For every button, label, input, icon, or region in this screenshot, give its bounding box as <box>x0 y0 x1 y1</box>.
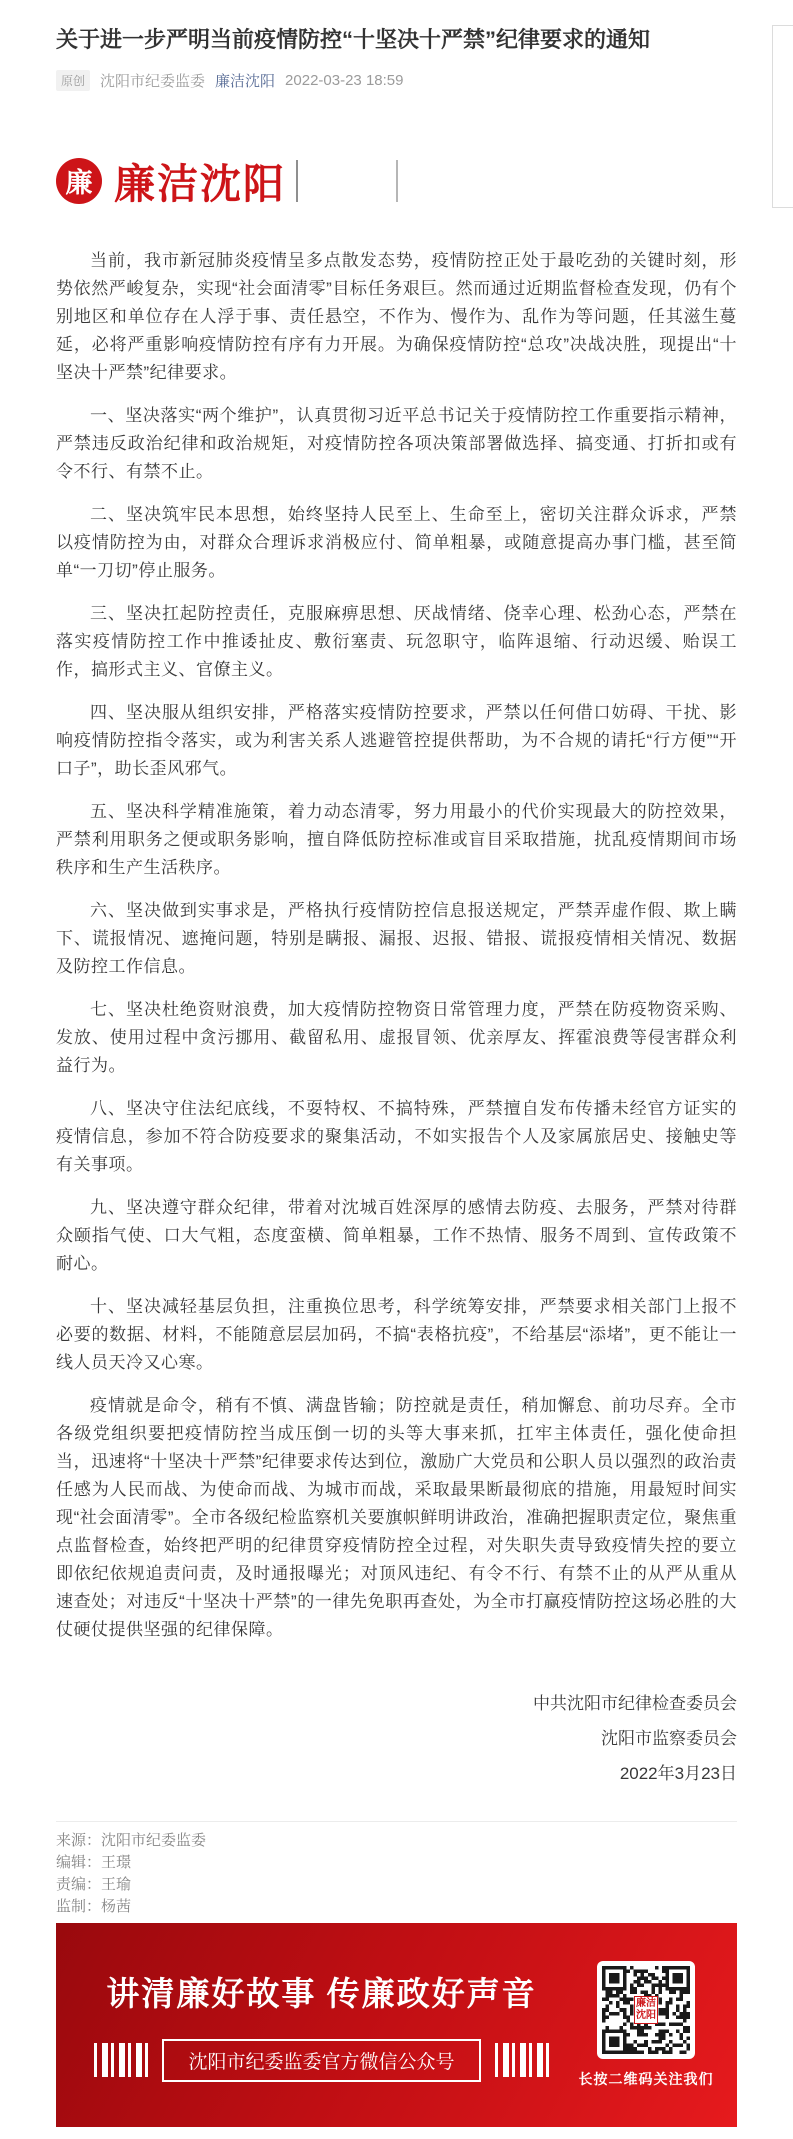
brand-logo: 廉 廉洁沈阳 <box>56 157 737 205</box>
credit-line: 编辑：王璟 <box>56 1852 737 1874</box>
article-body: 当前，我市新冠肺炎疫情呈多点散发态势，疫情防控正处于最吃劲的关键时刻，形势依然严… <box>56 247 737 1644</box>
banner-label-row: 沈阳市纪委监委官方微信公众号 <box>94 2039 548 2082</box>
signature-line: 沈阳市监察委员会 <box>56 1721 737 1756</box>
paragraph: 疫情就是命令，稍有不慎、满盘皆输；防控就是责任，稍加懈怠、前功尽弃。全市各级党组… <box>56 1392 737 1644</box>
lian-seal-icon: 廉 <box>56 158 102 204</box>
divider-bar-icon <box>396 160 398 202</box>
page-title: 关于进一步严明当前疫情防控“十坚决十严禁”纪律要求的通知 <box>56 25 737 56</box>
publish-datetime: 2022-03-23 18:59 <box>285 72 403 89</box>
promo-banner[interactable]: 讲清廉好故事 传廉政好声音 沈阳市纪委监委官方微信公众号 廉洁沈阳 长按二维码关… <box>56 1923 737 2127</box>
paragraph: 当前，我市新冠肺炎疫情呈多点散发态势，疫情防控正处于最吃劲的关键时刻，形势依然严… <box>56 247 737 387</box>
banner-left: 讲清廉好故事 传廉政好声音 沈阳市纪委监委官方微信公众号 <box>64 1968 579 2082</box>
brand-name: 廉洁沈阳 <box>114 151 286 210</box>
credit-line: 责编：王瑜 <box>56 1874 737 1896</box>
article-meta: 原创 沈阳市纪委监委 廉洁沈阳 2022-03-23 18:59 <box>56 70 737 91</box>
paragraph: 五、坚决科学精准施策，着力动态清零，努力用最小的代价实现最大的防控效果，严禁利用… <box>56 798 737 882</box>
signature-line: 中共沈阳市纪律检查委员会 <box>56 1686 737 1721</box>
article-page: 关于进一步严明当前疫情防控“十坚决十严禁”纪律要求的通知 原创 沈阳市纪委监委 … <box>0 0 793 2139</box>
credits-block: 来源：沈阳市纪委监委编辑：王璟责编：王瑜监制：杨茜 <box>56 1830 737 1918</box>
qr-code[interactable]: 廉洁沈阳 <box>597 1961 695 2059</box>
original-badge: 原创 <box>56 70 90 91</box>
paragraph: 十、坚决减轻基层负担，注重换位思考，科学统筹安排，严禁要求相关部门上报不必要的数… <box>56 1293 737 1377</box>
paragraph: 六、坚决做到实事求是，严格执行疫情防控信息报送规定，严禁弄虚作假、欺上瞒下、谎报… <box>56 897 737 981</box>
signature-line: 2022年3月23日 <box>56 1756 737 1791</box>
credit-line: 来源：沈阳市纪委监委 <box>56 1830 737 1852</box>
divider <box>56 1821 737 1822</box>
barcode-stripes-icon <box>495 2043 549 2077</box>
qr-caption: 长按二维码关注我们 <box>579 2069 714 2089</box>
paragraph: 三、坚决扛起防控责任，克服麻痹思想、厌战情绪、侥幸心理、松劲心态，严禁在落实疫情… <box>56 600 737 684</box>
banner-slogan: 讲清廉好故事 传廉政好声音 <box>106 1968 536 2015</box>
banner-right: 廉洁沈阳 长按二维码关注我们 <box>579 1961 713 2089</box>
banner-account-label: 沈阳市纪委监委官方微信公众号 <box>162 2039 480 2082</box>
account-link[interactable]: 廉洁沈阳 <box>215 70 275 91</box>
paragraph: 七、坚决杜绝资财浪费，加大疫情防控物资日常管理力度，严禁在防疫物资采购、发放、使… <box>56 996 737 1080</box>
signature-block: 中共沈阳市纪律检查委员会沈阳市监察委员会2022年3月23日 <box>56 1686 737 1791</box>
paragraph: 八、坚决守住法纪底线，不耍特权、不搞特殊，严禁擅自发布传播未经官方证实的疫情信息… <box>56 1095 737 1179</box>
qr-center-seal-icon: 廉洁沈阳 <box>634 1996 658 2024</box>
paragraph: 九、坚决遵守群众纪律，带着对沈城百姓深厚的感情去防疫、去服务，严禁对待群众颐指气… <box>56 1194 737 1278</box>
barcode-stripes-icon <box>94 2043 148 2077</box>
scrollbar[interactable] <box>772 25 793 208</box>
credit-line: 监制：杨茜 <box>56 1896 737 1918</box>
paragraph: 一、坚决落实“两个维护”，认真贯彻习近平总书记关于疫情防控工作重要指示精神，严禁… <box>56 402 737 486</box>
paragraph: 二、坚决筑牢民本思想，始终坚持人民至上、生命至上，密切关注群众诉求，严禁以疫情防… <box>56 501 737 585</box>
paragraph: 四、坚决服从组织安排，严格落实疫情防控要求，严禁以任何借口妨碍、干扰、影响疫情防… <box>56 699 737 783</box>
author-name: 沈阳市纪委监委 <box>100 70 205 91</box>
divider-bar-icon <box>296 160 298 202</box>
